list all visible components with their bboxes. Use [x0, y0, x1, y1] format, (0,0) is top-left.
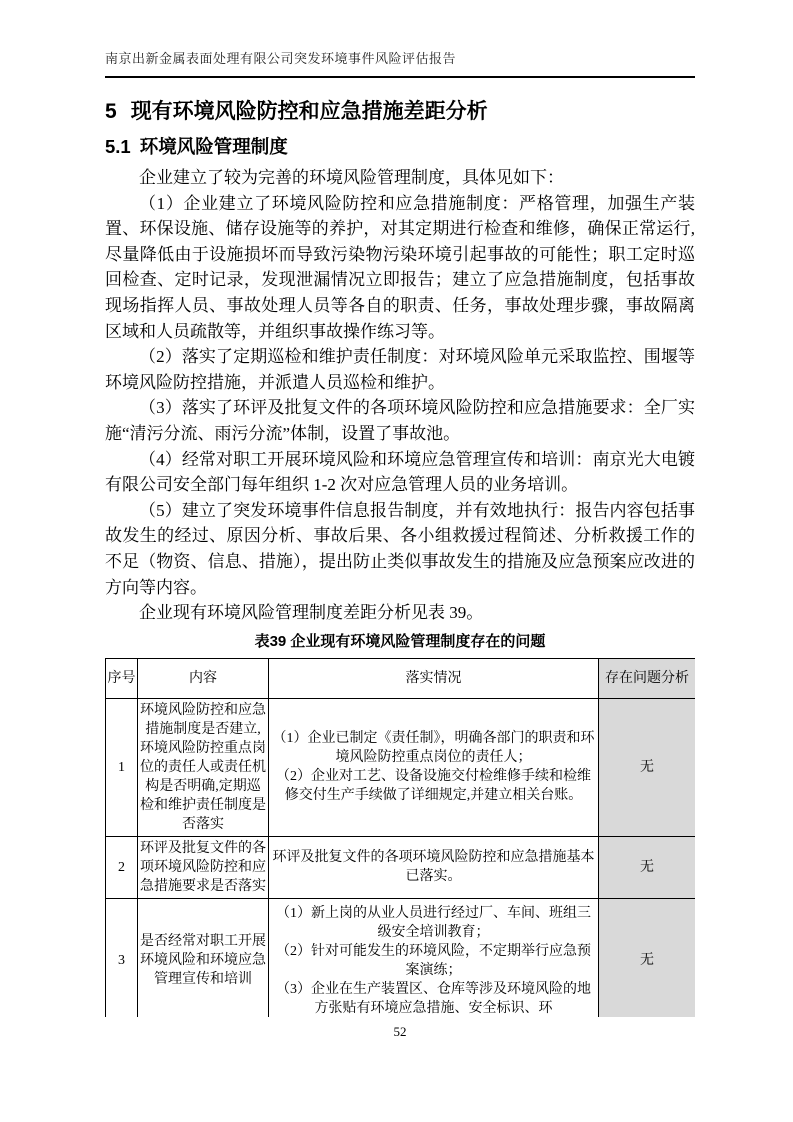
body-paragraph: 企业建立了较为完善的环境风险管理制度，具体见如下： — [105, 165, 695, 191]
section-title: 现有环境风险防控和应急措施差距分析 — [131, 100, 488, 123]
table-row: 3 是否经常对职工开展环境风险和环境应急管理宣传和培训 （1）新上岗的从业人员进… — [106, 898, 696, 1017]
table-caption: 表39 企业现有环境风险管理制度存在的问题 — [105, 632, 695, 652]
body-paragraph: （5）建立了突发环境事件信息报告制度，并有效地执行：报告内容包括事故发生的经过、… — [105, 498, 695, 600]
section-number: 5 — [105, 100, 117, 123]
column-header-no: 序号 — [106, 658, 138, 698]
table-header-row: 序号 内容 落实情况 存在问题分析 — [106, 658, 696, 698]
body-paragraph: （2）落实了定期巡检和维护责任制度：对环境风险单元采取监控、围堰等环境风险防控措… — [105, 344, 695, 395]
cell-issue: 无 — [599, 836, 696, 898]
subsection-heading: 5.1环境风险管理制度 — [105, 135, 695, 159]
subsection-title: 环境风险管理制度 — [140, 136, 288, 157]
page-number: 52 — [105, 1024, 695, 1040]
table-row: 1 环境风险防控和应急措施制度是否建立,环境风险防控重点岗位的责任人或责任机构是… — [106, 698, 696, 836]
cell-content: 是否经常对职工开展环境风险和环境应急管理宣传和培训 — [138, 898, 269, 1017]
body-paragraph: 企业现有环境风险管理制度差距分析见表 39。 — [105, 600, 695, 626]
cell-status: （1）新上岗的从业人员进行经过厂、车间、班组三级安全培训教育； （2）针对可能发… — [269, 898, 599, 1017]
cell-status-text: （1）企业已制定《责任制》，明确各部门的职责和环境风险防控重点岗位的责任人； （… — [270, 729, 597, 805]
cell-status-text: 环评及批复文件的各项环境风险防控和应急措施基本已落实。 — [270, 848, 597, 886]
table-region: 序号 内容 落实情况 存在问题分析 1 环境风险防控和应急措施制度是否建立,环境… — [105, 658, 695, 1017]
cell-status: （1）企业已制定《责任制》，明确各部门的职责和环境风险防控重点岗位的责任人； （… — [269, 698, 599, 836]
body-paragraph: （3）落实了环评及批复文件的各项环境风险防控和应急措施要求：全厂实施“清污分流、… — [105, 395, 695, 446]
body-paragraph: （4）经常对职工开展环境风险和环境应急管理宣传和培训：南京光大电镀有限公司安全部… — [105, 447, 695, 498]
cell-status-text: （1）新上岗的从业人员进行经过厂、车间、班组三级安全培训教育； （2）针对可能发… — [270, 904, 597, 1017]
page-header: 南京出新金属表面处理有限公司突发环境事件风险评估报告 — [105, 48, 695, 78]
cell-content: 环评及批复文件的各项环境风险防控和应急措施要求是否落实 — [138, 836, 269, 898]
cell-issue: 无 — [599, 898, 696, 1017]
cell-status: 环评及批复文件的各项环境风险防控和应急措施基本已落实。 — [269, 836, 599, 898]
column-header-content: 内容 — [138, 658, 269, 698]
page-header-title: 南京出新金属表面处理有限公司突发环境事件风险评估报告 — [105, 51, 456, 66]
document-page: 南京出新金属表面处理有限公司突发环境事件风险评估报告 5现有环境风险防控和应急措… — [0, 0, 793, 1122]
cell-no: 2 — [106, 836, 138, 898]
cell-no: 1 — [106, 698, 138, 836]
column-header-issue: 存在问题分析 — [599, 658, 696, 698]
body-paragraph: （1）企业建立了环境风险防控和应急措施制度：严格管理，加强生产装置、环保设施、储… — [105, 191, 695, 345]
body-text: 企业建立了较为完善的环境风险管理制度，具体见如下： （1）企业建立了环境风险防控… — [105, 165, 695, 626]
subsection-number: 5.1 — [105, 136, 131, 157]
section-heading: 5现有环境风险防控和应急措施差距分析 — [105, 98, 695, 126]
cell-no: 3 — [106, 898, 138, 1017]
cell-issue: 无 — [599, 698, 696, 836]
column-header-status: 落实情况 — [269, 658, 599, 698]
cell-content: 环境风险防控和应急措施制度是否建立,环境风险防控重点岗位的责任人或责任机构是否明… — [138, 698, 269, 836]
gap-analysis-table: 序号 内容 落实情况 存在问题分析 1 环境风险防控和应急措施制度是否建立,环境… — [105, 658, 695, 1017]
table-row: 2 环评及批复文件的各项环境风险防控和应急措施要求是否落实 环评及批复文件的各项… — [106, 836, 696, 898]
